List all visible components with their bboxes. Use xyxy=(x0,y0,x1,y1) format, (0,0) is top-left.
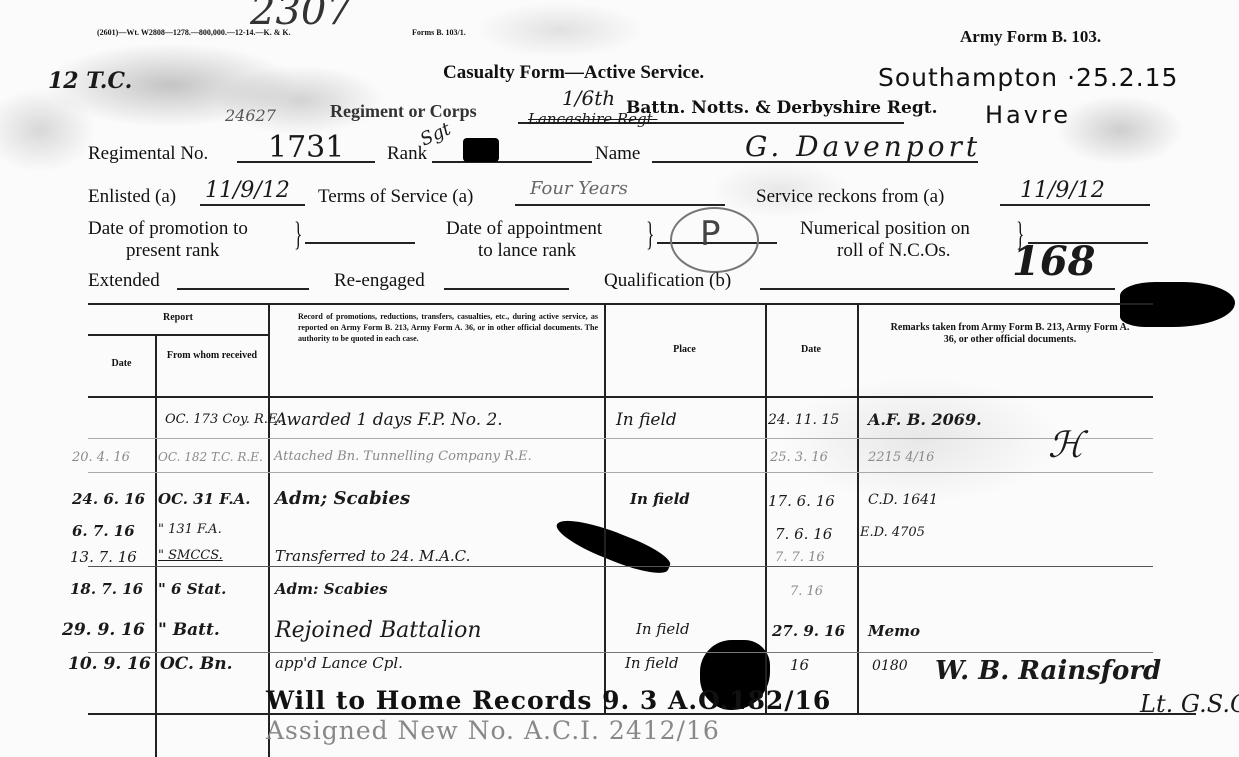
row-5-record: Transferred to 24. M.A.C. xyxy=(275,547,470,565)
row-1-from: OC. 173 Coy. R.E. xyxy=(165,412,282,427)
table-top-border xyxy=(88,303,1153,305)
reckons-line xyxy=(1000,204,1150,206)
row-5-from: " SMCCS. xyxy=(158,548,223,563)
row-7-remarks: Memo xyxy=(868,622,920,640)
row-2-date: 20. 4. 16 xyxy=(72,450,130,465)
reckons-value: 11/9/12 xyxy=(1020,178,1105,203)
row-4-remarks: E.D. 4705 xyxy=(860,525,925,540)
enlisted-label: Enlisted (a) xyxy=(88,186,176,208)
southampton-stamp: Southampton ·25.2.15 xyxy=(878,63,1178,92)
printer-line: (2601)—Wt. W2808—1278.—800,000.—12-14.—K… xyxy=(97,28,291,37)
home-records-stamp: Will to Home Records 9. 3 A.O.182/16 xyxy=(266,686,831,715)
regiment-value-handwritten: 1/6th xyxy=(562,86,615,110)
row-8-record: app'd Lance Cpl. xyxy=(275,654,403,672)
initials-mark: ℋ xyxy=(1048,425,1084,466)
terms-line xyxy=(515,204,725,206)
row-5-date: 13. 7. 16 xyxy=(70,548,137,566)
circle-stamp-letter: P xyxy=(700,214,722,254)
row-4-from: " 131 F.A. xyxy=(158,522,222,537)
qualification-line xyxy=(760,288,1115,290)
row-1-record: Awarded 1 days F.P. No. 2. xyxy=(275,410,503,430)
numerical-value: 168 xyxy=(1012,238,1096,285)
forms-reference: Forms B. 103/1. xyxy=(412,28,466,37)
enlisted-value: 11/9/12 xyxy=(205,178,290,203)
row-8-place: In field xyxy=(625,654,679,672)
table-header-bottom xyxy=(88,396,1153,398)
row-3-record: Adm; Scabies xyxy=(275,488,410,509)
row-2-from: OC. 182 T.C. R.E. xyxy=(158,450,263,464)
regiment-label: Regiment or Corps xyxy=(330,101,477,122)
row-5-date2: 7. 7. 16 xyxy=(775,550,825,565)
terms-value: Four Years xyxy=(530,178,628,199)
new-number-stamp: Assigned New No. A.C.I. 2412/16 xyxy=(266,716,720,745)
row-7-place: In field xyxy=(636,620,690,638)
row-1-date2: 24. 11. 15 xyxy=(768,412,839,428)
row-6-date: 18. 7. 16 xyxy=(70,580,143,598)
row-6-from: " 6 Stat. xyxy=(158,580,226,598)
rank-label: Rank xyxy=(387,143,427,165)
signature: W. B. Rainsford xyxy=(935,656,1161,686)
redaction-blot xyxy=(463,138,499,162)
row-7-record: Rejoined Battalion xyxy=(275,618,482,643)
report-divider xyxy=(88,334,268,336)
reengaged-label: Re-engaged xyxy=(334,270,425,292)
promotion-label-line1: Date of promotion to xyxy=(88,218,248,240)
margin-note: 12 T.C. xyxy=(48,68,132,94)
header-date2: Date xyxy=(765,344,857,356)
numerical-label-line2: roll of N.C.Os. xyxy=(837,240,950,262)
row-4-date: 6. 7. 16 xyxy=(72,522,135,540)
row-1-place: In field xyxy=(616,410,677,430)
row-7-date2: 27. 9. 16 xyxy=(772,622,845,640)
qualification-label: Qualification (b) xyxy=(604,270,731,292)
row-8-date2: 16 xyxy=(790,656,809,674)
extended-label: Extended xyxy=(88,270,160,292)
header-from-whom: From whom received xyxy=(162,350,262,362)
row-6-record: Adm: Scabies xyxy=(275,580,388,598)
row-3-from: OC. 31 F.A. xyxy=(158,490,251,508)
header-date: Date xyxy=(88,358,155,370)
name-value: G. Davenport xyxy=(745,130,981,163)
row-rule xyxy=(88,566,1153,567)
brace: } xyxy=(646,216,654,254)
row-6-date2: 7. 16 xyxy=(790,584,823,599)
margin-number: 24627 xyxy=(225,106,276,125)
appointment-label-line1: Date of appointment xyxy=(446,218,602,240)
stamp-underline xyxy=(266,713,1196,715)
row-8-from: OC. Bn. xyxy=(160,654,233,674)
row-rule xyxy=(88,652,1153,653)
header-record: Record of promotions, reductions, transf… xyxy=(298,311,598,344)
row-3-remarks: C.D. 1641 xyxy=(868,492,938,508)
row-rule xyxy=(88,472,1153,473)
terms-label: Terms of Service (a) xyxy=(318,186,473,208)
row-8-remarks: 0180 xyxy=(872,658,908,674)
brace: } xyxy=(294,216,302,254)
appointment-label-line2: to lance rank xyxy=(478,240,576,262)
reckons-label: Service reckons from (a) xyxy=(756,186,944,208)
ink-blot xyxy=(552,511,674,582)
row-3-date: 24. 6. 16 xyxy=(72,490,145,508)
row-7-from: " Batt. xyxy=(158,620,220,640)
form-title: Casualty Form—Active Service. xyxy=(443,62,704,84)
promotion-label-line2: present rank xyxy=(126,240,219,262)
row-8-date: 10. 9. 16 xyxy=(68,654,151,674)
col-divider-date xyxy=(155,334,157,757)
promotion-line xyxy=(305,242,415,244)
havre-stamp: Havre xyxy=(985,101,1071,129)
row-rule xyxy=(88,438,1153,439)
row-7-date: 29. 9. 16 xyxy=(62,620,145,640)
enlisted-line xyxy=(200,204,305,206)
header-remarks: Remarks taken from Army Form B. 213, Arm… xyxy=(890,322,1130,346)
reengaged-line xyxy=(444,288,569,290)
row-3-place: In field xyxy=(630,490,690,508)
rank-line xyxy=(432,161,592,163)
name-label: Name xyxy=(595,143,640,165)
header-place: Place xyxy=(604,344,765,356)
regiment-value-stamp: Battn. Notts. & Derbyshire Regt. xyxy=(626,98,938,118)
extended-line xyxy=(177,288,309,290)
numerical-label-line1: Numerical position on xyxy=(800,218,970,240)
regimental-no-label: Regimental No. xyxy=(88,143,208,165)
row-2-record: Attached Bn. Tunnelling Company R.E. xyxy=(274,449,532,464)
row-4-date2: 7. 6. 16 xyxy=(775,525,832,543)
row-2-remarks: 2215 4/16 xyxy=(868,450,934,465)
header-report: Report xyxy=(88,312,268,324)
signature-suffix: Lt. G.S.O. xyxy=(1140,690,1239,718)
row-2-date2: 25. 3. 16 xyxy=(770,450,828,465)
army-form-label: Army Form B. 103. xyxy=(960,27,1101,47)
row-3-date2: 17. 6. 16 xyxy=(768,492,835,510)
row-1-remarks: A.F. B. 2069. xyxy=(868,410,982,429)
regimental-no-value: 1731 xyxy=(268,130,344,165)
